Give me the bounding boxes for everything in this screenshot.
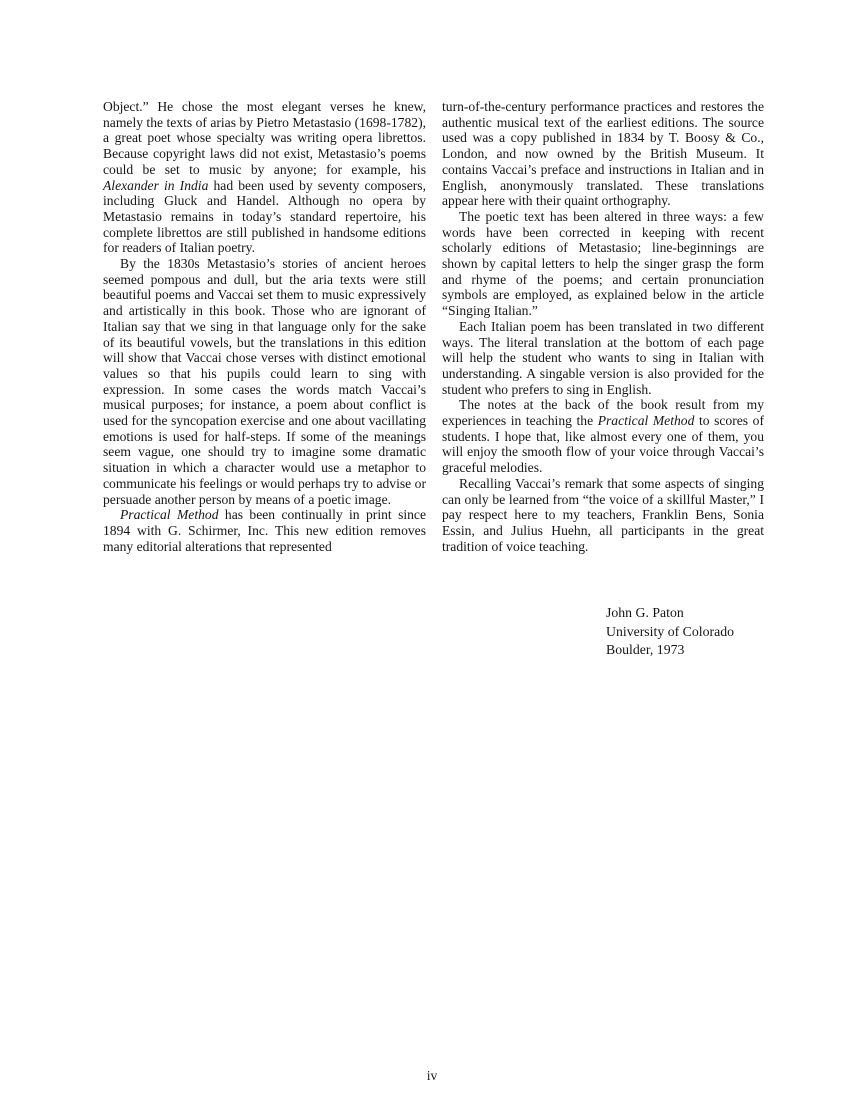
- book-page: Object.” He chose the most elegant verse…: [0, 0, 864, 1118]
- text-column-left: Object.” He chose the most elegant verse…: [103, 99, 426, 554]
- italic-text: Practical Method: [120, 507, 219, 522]
- signature-line: University of Colorado: [606, 623, 734, 642]
- paragraph: The poetic text has been altered in thre…: [442, 209, 764, 319]
- body-text: Recalling Vaccai’s remark that some aspe…: [442, 476, 764, 554]
- signature-line: John G. Paton: [606, 604, 734, 623]
- paragraph: By the 1830s Metastasio’s stories of anc…: [103, 256, 426, 507]
- body-text: Each Italian poem has been translated in…: [442, 319, 764, 397]
- body-text: The poetic text has been altered in thre…: [442, 209, 764, 318]
- signature-line: Boulder, 1973: [606, 641, 734, 660]
- page-number: iv: [0, 1068, 864, 1084]
- signature-block: John G. PatonUniversity of ColoradoBould…: [606, 604, 734, 660]
- paragraph: Each Italian poem has been translated in…: [442, 319, 764, 398]
- italic-text: Practical Method: [598, 413, 695, 428]
- paragraph: The notes at the back of the book result…: [442, 397, 764, 476]
- paragraph: Recalling Vaccai’s remark that some aspe…: [442, 476, 764, 555]
- paragraph: Practical Method has been continually in…: [103, 507, 426, 554]
- italic-text: Alexander in India: [103, 178, 208, 193]
- body-text: Object.” He chose the most elegant verse…: [103, 99, 426, 177]
- body-text: By the 1830s Metastasio’s stories of anc…: [103, 256, 426, 507]
- body-text: turn-of-the-century performance practice…: [442, 99, 764, 208]
- paragraph: Object.” He chose the most elegant verse…: [103, 99, 426, 256]
- text-column-right: turn-of-the-century performance practice…: [442, 99, 764, 554]
- paragraph: turn-of-the-century performance practice…: [442, 99, 764, 209]
